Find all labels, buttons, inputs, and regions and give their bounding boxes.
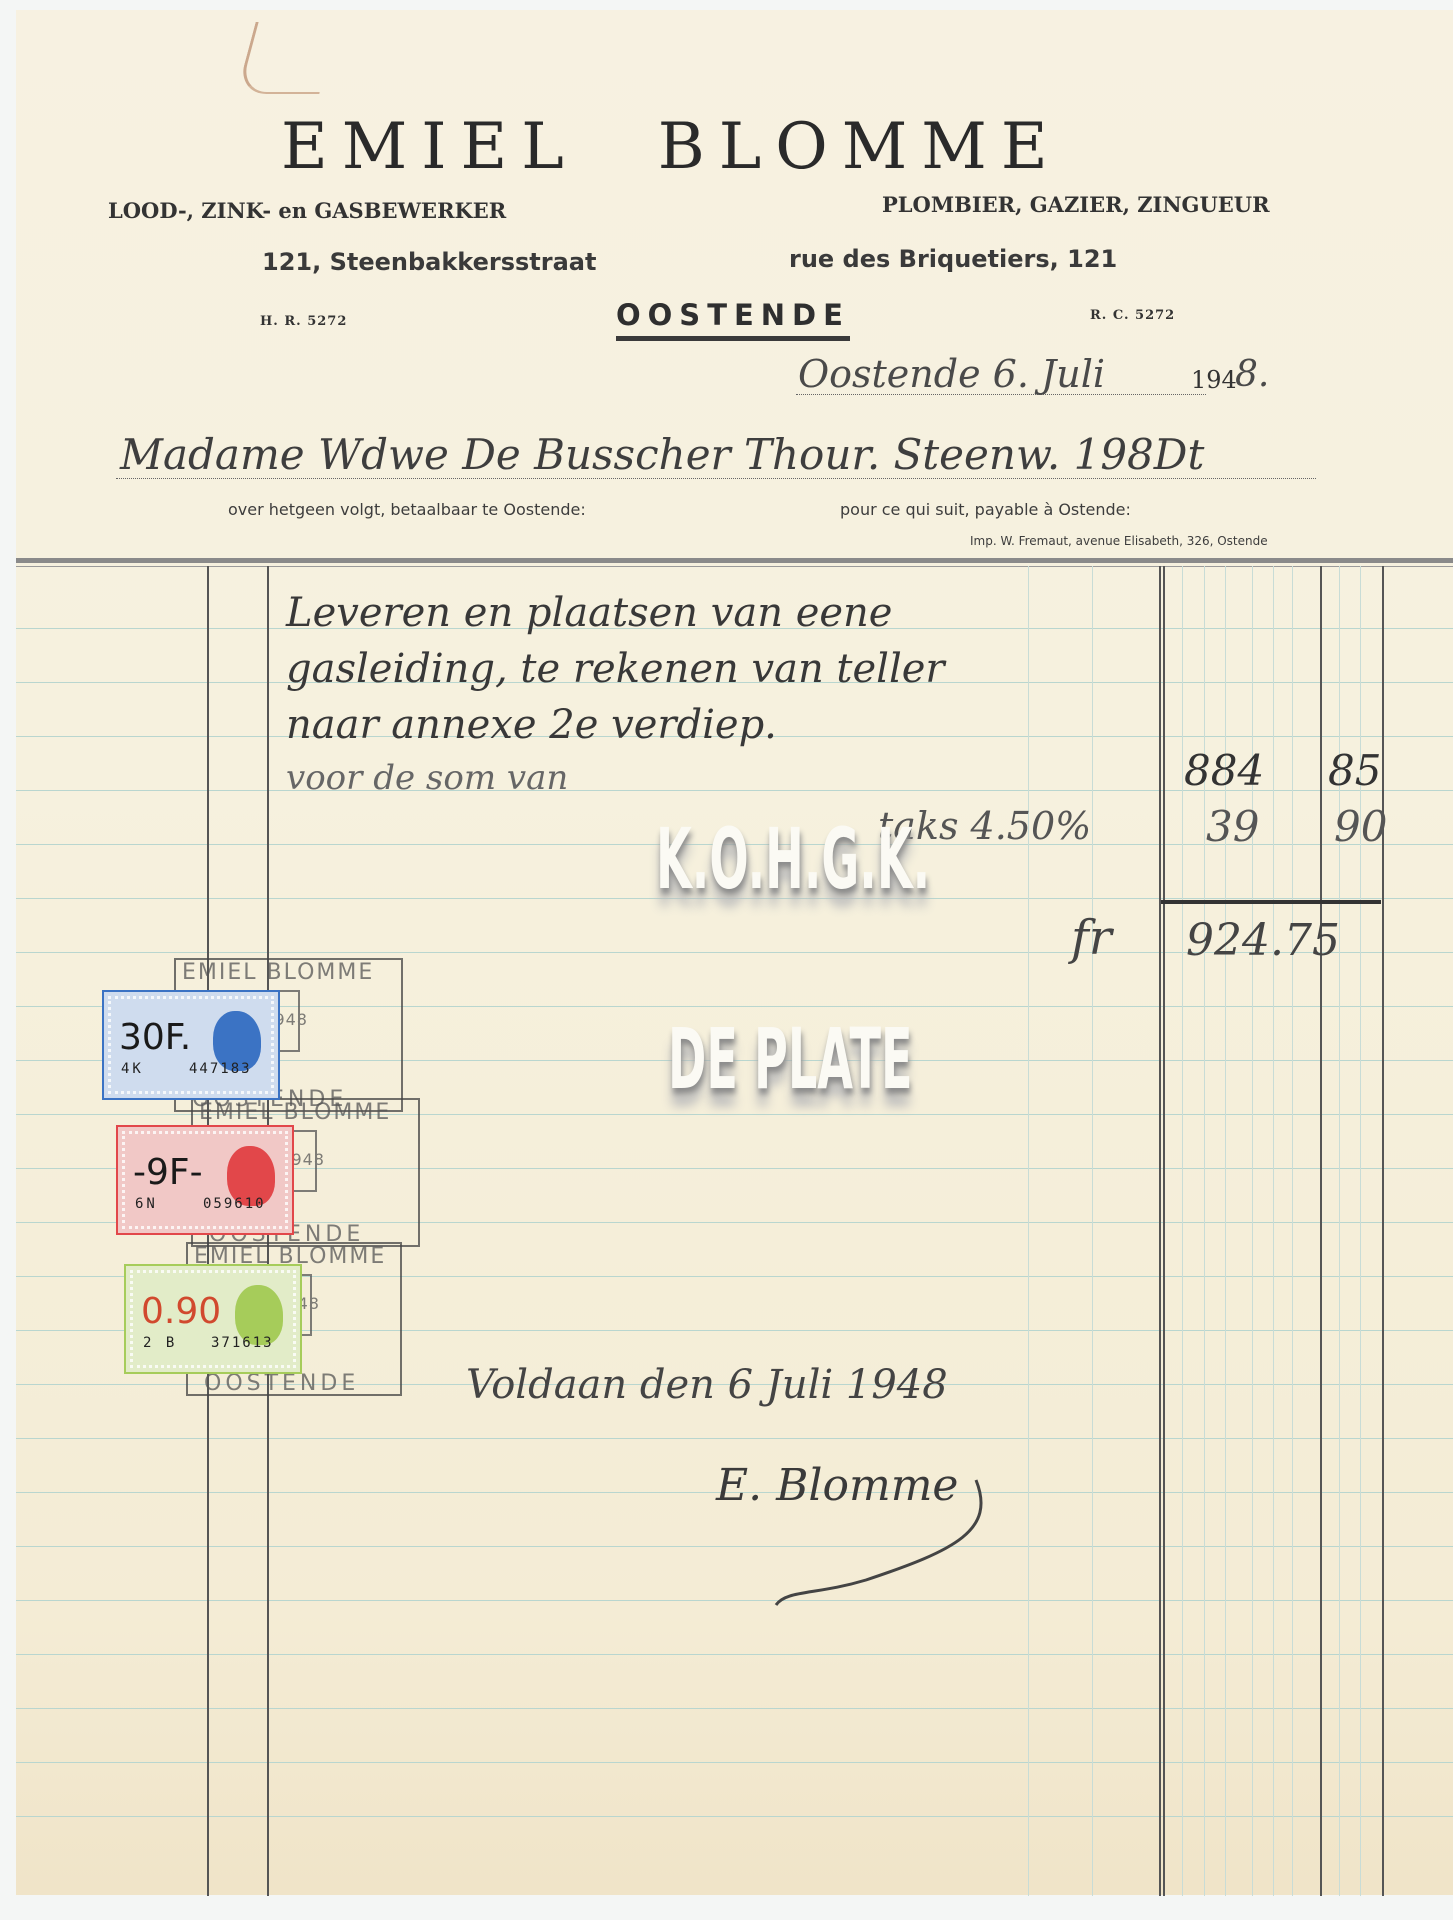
fiscal-stamp-0-90: 0.90 2 B 371613 [124, 1264, 302, 1374]
company-first-name: EMIEL [281, 110, 578, 184]
header-rule-thick [16, 558, 1453, 563]
handwritten-year-suffix: 8. [1235, 354, 1269, 395]
tax-francs: 39 [1206, 802, 1259, 851]
grid-line [1092, 566, 1093, 1896]
body-line-3: naar annexe 2e verdiep. [286, 702, 777, 748]
rc-number: R. C. 5272 [1090, 308, 1175, 323]
watermark-line-2: DE PLATE [668, 1010, 913, 1108]
paper-stain [236, 22, 338, 94]
trade-french: PLOMBIER, GAZIER, ZINGUEUR [882, 192, 1270, 217]
subtotal-francs: 884 [1184, 746, 1264, 795]
ruled-line [16, 1546, 1453, 1547]
subtotal-cents: 85 [1328, 746, 1381, 795]
ruled-line [16, 1438, 1453, 1439]
address-french: rue des Briquetiers, 121 [789, 245, 1117, 273]
stamp-value: 30F. [119, 1017, 191, 1058]
receipt-handwritten: Voldaan den 6 Juli 1948 [466, 1362, 948, 1408]
city-heading: OOSTENDE [616, 298, 850, 341]
body-line-1: Leveren en plaatsen van eene [286, 590, 892, 636]
grid-line [1028, 566, 1029, 1896]
stamp-serial: 447183 [189, 1061, 252, 1077]
stamp-code: 6N [135, 1196, 158, 1212]
payable-french: pour ce qui suit, payable à Ostende: [840, 500, 1131, 519]
cancellation-bottom-text: OOSTENDE [204, 1371, 359, 1396]
recipient-handwritten: Madame Wdwe De Busscher Thour. Steenw. 1… [120, 430, 1204, 479]
ruled-line [16, 1816, 1453, 1817]
body-line-2: gasleiding, te rekenen van teller [286, 646, 945, 692]
cancellation-top-text: EMIEL BLOMME [182, 960, 374, 985]
cents-column-line [1320, 566, 1322, 1896]
company-name: EMIELBLOMME [281, 110, 1062, 184]
header-rule-thin [16, 566, 1453, 567]
total-currency-label: fr [1071, 910, 1112, 966]
ruled-line [16, 1654, 1453, 1655]
stamp-code: 2 B [143, 1335, 177, 1351]
stamp-serial: 371613 [211, 1335, 274, 1351]
amount-column-double-line [1159, 566, 1161, 1896]
total-underline [1161, 900, 1381, 904]
stamp-value: 0.90 [141, 1291, 221, 1332]
tax-cents: 90 [1334, 802, 1387, 851]
stamp-value: -9F- [133, 1152, 203, 1193]
right-margin-line [1382, 566, 1384, 1896]
signature-flourish [756, 1470, 996, 1610]
ruled-line [16, 1762, 1453, 1763]
cancellation-top-text: EMIEL BLOMME [199, 1100, 391, 1125]
company-last-name: BLOMME [658, 110, 1062, 184]
trade-dutch: LOOD-, ZINK- en GASBEWERKER [108, 198, 506, 223]
printed-year-prefix: 194 [1191, 366, 1237, 394]
ruled-line [16, 1600, 1453, 1601]
address-dutch: 121, Steenbakkersstraat [262, 248, 596, 276]
hr-number: H. R. 5272 [260, 314, 347, 329]
ruled-line [16, 1708, 1453, 1709]
printer-imprint: Imp. W. Fremaut, avenue Elisabeth, 326, … [970, 534, 1268, 548]
stamp-code: 4K [121, 1061, 144, 1077]
fiscal-stamp-9f: -9F- 6N 059610 [116, 1125, 294, 1235]
grid-line [1182, 566, 1183, 1896]
invoice-paper: EMIELBLOMME LOOD-, ZINK- en GASBEWERKER … [16, 10, 1453, 1895]
handwritten-date: Oostende 6. Juli [798, 352, 1105, 396]
fiscal-stamp-30f: 30F. 4K 447183 [102, 990, 280, 1100]
body-line-4: voor de som van [286, 758, 568, 798]
grid-line [1273, 566, 1274, 1896]
watermark-line-1: K.O.H.G.K. [656, 810, 930, 908]
total-amount: 924.75 [1186, 915, 1340, 966]
stamp-serial: 059610 [203, 1196, 266, 1212]
payable-dutch: over hetgeen volgt, betaalbaar te Oosten… [228, 500, 586, 519]
grid-line [1292, 566, 1293, 1896]
amount-column-double-line [1163, 566, 1165, 1896]
